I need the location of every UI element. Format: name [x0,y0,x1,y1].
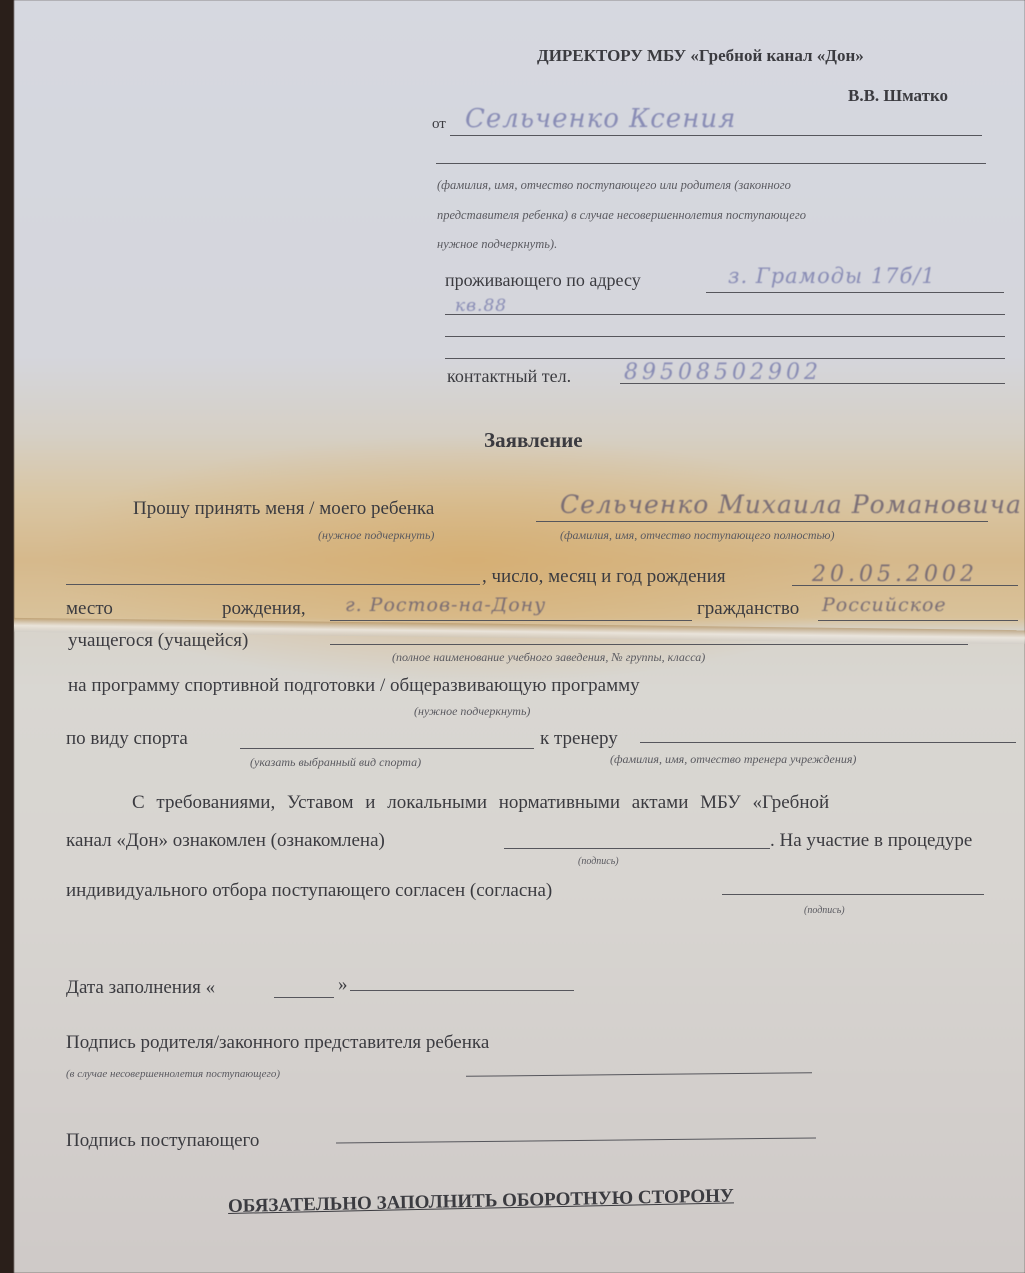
acknowledge-line-2-start: канал «Дон» ознакомлен (ознакомлена) [66,830,385,852]
fill-date-quote: » [338,974,348,996]
request-label: Прошу принять меня / моего ребенка [133,498,434,520]
address-line-3 [445,336,1005,337]
consent-line: индивидуального отбора поступающего согл… [66,880,552,902]
birthplace-label-1: место [66,598,113,620]
student-label: учащегося (учащейся) [68,630,248,652]
program-label: на программу спортивной подготовки / общ… [68,675,640,697]
birthplace-line [330,620,692,621]
address-handwritten-1: з. Грамоды 17б/1 [728,264,936,288]
address-line-4 [445,358,1005,359]
phone-line [620,383,1005,384]
sport-line [240,748,534,749]
from-handwritten: Сельченко Ксения [465,104,736,134]
child-name-line [536,521,988,522]
child-name-caption: (фамилия, имя, отчество поступающего пол… [560,528,834,543]
birthdate-handwritten: 20.05.2002 [812,562,978,587]
child-name-handwritten: Сельченко Михаила Романовича [560,490,1022,519]
consent-signature-caption: (подпись) [804,905,845,916]
birthplace-handwritten: г. Ростов-на-Дону [345,594,546,616]
phone-label: контактный тел. [447,366,571,387]
from-prefix: от [432,116,446,133]
acknowledge-line-2-end: . На участие в процедуре [770,830,972,852]
fill-date-label: Дата заполнения « [66,977,215,999]
birthdate-line [792,585,1018,586]
from-caption-3: нужное подчеркнуть). [437,237,557,252]
parent-signature-sub: (в случае несовершеннолетия поступающего… [66,1068,280,1080]
from-line-1 [450,135,982,136]
acknowledge-signature-caption: (подпись) [578,856,619,867]
consent-signature-line [722,894,984,895]
from-caption-2: представителя ребенка) в случае несоверш… [437,208,806,223]
fill-date-month-line [350,990,574,991]
birthdate-label: , число, месяц и год рождения [482,566,726,588]
address-line-2 [445,314,1005,315]
addressee-line: ДИРЕКТОРУ МБУ «Гребной канал «Дон» [537,46,864,66]
child-name-continuation-line [66,584,480,585]
request-caption: (нужное подчеркнуть) [318,528,434,543]
coach-line [640,742,1016,743]
sport-label: по виду спорта [66,728,188,750]
citizenship-handwritten: Российское [822,594,947,616]
address-handwritten-2: кв.88 [455,296,507,316]
student-line [330,644,968,645]
applicant-signature-label: Подпись поступающего [66,1130,259,1152]
sport-caption: (указать выбранный вид спорта) [250,755,421,770]
coach-caption: (фамилия, имя, отчество тренера учрежден… [610,752,856,767]
acknowledge-signature-line [504,848,770,849]
address-line-1 [706,292,1004,293]
from-caption-1: (фамилия, имя, отчество поступающего или… [437,178,791,193]
document-title: Заявление [484,428,583,453]
citizenship-label: гражданство [697,598,799,620]
citizenship-line [818,620,1018,621]
director-name: В.В. Шматко [848,86,948,106]
coach-label: к тренеру [540,728,618,750]
address-label: проживающего по адресу [445,270,641,291]
program-caption: (нужное подчеркнуть) [414,704,530,719]
birthplace-label-2: рождения, [222,598,306,620]
from-line-2 [436,163,986,164]
fill-date-day-line [274,997,334,998]
acknowledge-line-1: С требованиями, Уставом и локальными нор… [132,792,829,814]
phone-handwritten: 89508502902 [624,360,822,385]
parent-signature-label: Подпись родителя/законного представителя… [66,1032,489,1054]
student-caption: (полное наименование учебного заведения,… [392,650,705,665]
